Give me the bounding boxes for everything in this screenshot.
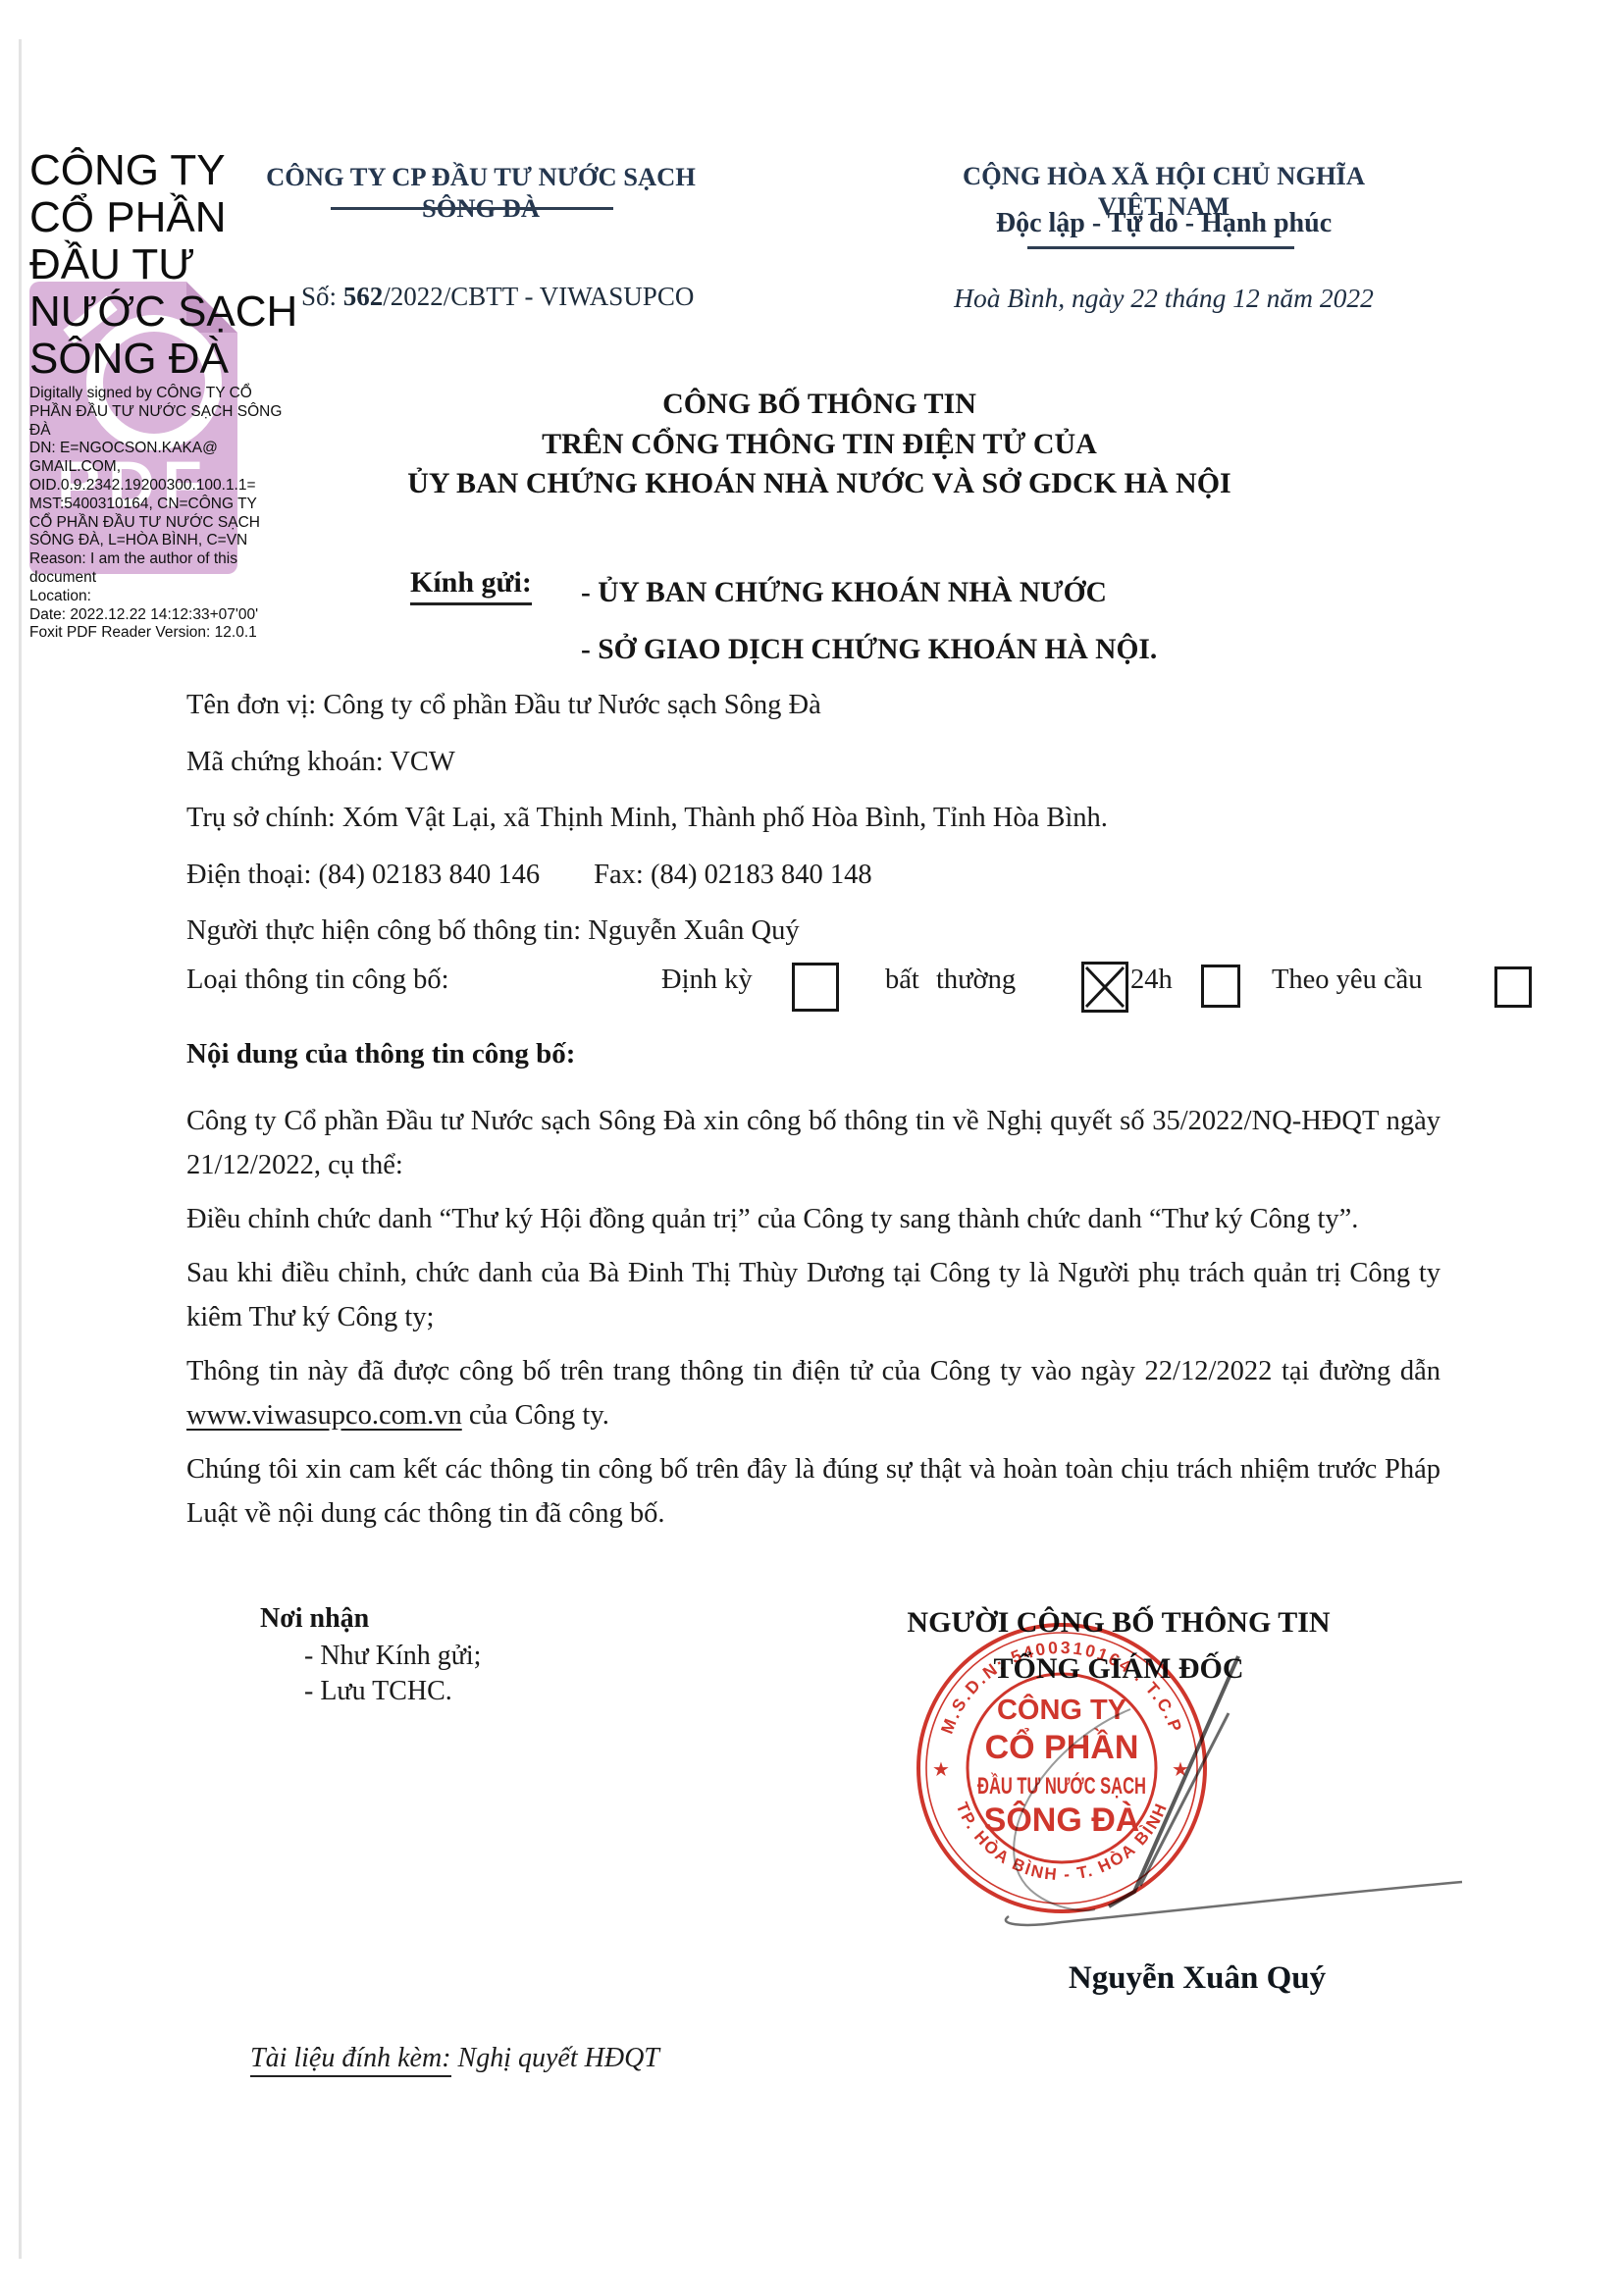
info-ticker: Mã chứng khoán: VCW bbox=[186, 734, 1452, 791]
checkbox-theo-yeu-cau bbox=[1494, 966, 1532, 1008]
paragraph-4-tail: của Công ty. bbox=[462, 1400, 609, 1431]
doc-no-number: 562 bbox=[343, 282, 384, 311]
signature-down-stroke bbox=[1109, 1656, 1238, 1906]
title-line-1: CÔNG BỐ THÔNG TIN bbox=[196, 385, 1442, 425]
paragraph-3: Sau khi điều chỉnh, chức danh của Bà Đin… bbox=[186, 1251, 1440, 1339]
handwritten-signature bbox=[883, 1619, 1492, 1933]
checkbox-x-mark bbox=[1084, 965, 1126, 1010]
attachment-label: Tài liệu đính kèm: bbox=[250, 2043, 451, 2077]
signer-org-line: CỔ PHẦN bbox=[29, 194, 334, 241]
company-website-link[interactable]: www.viwasupco.com.vn bbox=[186, 1400, 462, 1431]
recipient-line-1: - ỦY BAN CHỨNG KHOÁN NHÀ NƯỚC bbox=[581, 564, 1157, 621]
info-phone: Điện thoại: (84) 02183 840 146 bbox=[186, 860, 540, 890]
disclosure-type-label: Loại thông tin công bố: bbox=[186, 965, 449, 996]
recipients-footer-label: Nơi nhận bbox=[260, 1603, 369, 1635]
signature-detail-line: SÔNG ĐÀ, L=HÒA BÌNH, C=VN bbox=[29, 532, 292, 550]
signature-loop-stroke bbox=[1014, 1709, 1130, 1910]
company-info: Tên đơn vị: Công ty cổ phần Đầu tư Nước … bbox=[186, 677, 1452, 960]
attachment-note: Tài liệu đính kèm: Nghị quyết HĐQT bbox=[250, 2043, 659, 2074]
info-company-name: Tên đơn vị: Công ty cổ phần Đầu tư Nước … bbox=[186, 677, 1452, 734]
signature-underline-stroke bbox=[1006, 1882, 1462, 1925]
signer-org-line: CÔNG TY bbox=[29, 147, 334, 194]
national-motto: Độc lập - Tự do - Hạnh phúc bbox=[932, 208, 1395, 239]
signature-detail-line: MST:5400310164, CN=CÔNG TY bbox=[29, 496, 292, 514]
place-and-date: Hoà Bình, ngày 22 tháng 12 năm 2022 bbox=[932, 283, 1395, 314]
signer-org-line: ĐẦU TƯ bbox=[29, 241, 334, 288]
signature-detail-line: Reason: I am the author of this bbox=[29, 550, 292, 569]
paragraph-2: Điều chỉnh chức danh “Thư ký Hội đồng qu… bbox=[186, 1197, 1440, 1241]
signature-detail-line: DN: E=NGOCSON.KAKA@ bbox=[29, 440, 292, 458]
option-label-dinh-ky: Định kỳ bbox=[661, 965, 753, 996]
signature-detail-line: OID.0.9.2342.19200300.100.1.1= bbox=[29, 477, 292, 496]
option-label-theo-yeu-cau: Theo yêu cầu bbox=[1272, 965, 1423, 996]
doc-no-suffix: /2022/CBTT - VIWASUPCO bbox=[383, 282, 694, 311]
signature-detail-line: PHẦN ĐẦU TƯ NƯỚC SẠCH SÔNG bbox=[29, 403, 292, 422]
checkbox-24h bbox=[1201, 965, 1240, 1008]
signature-down-stroke-2 bbox=[1140, 1713, 1229, 1886]
option-label-24h: 24h bbox=[1130, 965, 1173, 996]
paragraph-1: Công ty Cổ phần Đầu tư Nước sạch Sông Đà… bbox=[186, 1099, 1440, 1187]
document-page: PDF CÔNG TY CỔ PHẦN ĐẦU TƯ NƯỚC SẠCH SÔN… bbox=[0, 0, 1623, 2296]
signer-name: Nguyễn Xuân Quý bbox=[952, 1960, 1442, 1997]
content-paragraphs: Công ty Cổ phần Đầu tư Nước sạch Sông Đà… bbox=[186, 1099, 1440, 1545]
title-line-2: TRÊN CỔNG THÔNG TIN ĐIỆN TỬ CỦA bbox=[196, 425, 1442, 465]
noi-nhan-line-2: - Lưu TCHC. bbox=[304, 1674, 481, 1709]
digital-signature-details: Digitally signed by CÔNG TY CỔ PHẦN ĐẦU … bbox=[29, 385, 292, 643]
content-heading: Nội dung của thông tin công bố: bbox=[186, 1038, 575, 1070]
recipient-line-2: - SỞ GIAO DỊCH CHỨNG KHOÁN HÀ NỘI. bbox=[581, 621, 1157, 678]
signer-org-line: NƯỚC SẠCH bbox=[29, 288, 334, 336]
motto-underline bbox=[1027, 246, 1294, 249]
signature-detail-line: Foxit PDF Reader Version: 12.0.1 bbox=[29, 624, 292, 643]
signature-detail-line: document bbox=[29, 569, 292, 588]
paragraph-5: Chúng tôi xin cam kết các thông tin công… bbox=[186, 1447, 1440, 1536]
option-label-bat-thuong: bất thường bbox=[885, 965, 1016, 996]
recipients-label: Kính gửi: bbox=[410, 566, 532, 605]
info-head-office: Trụ sở chính: Xóm Vật Lại, xã Thịnh Minh… bbox=[186, 790, 1452, 847]
title-line-3: ỦY BAN CHỨNG KHOÁN NHÀ NƯỚC VÀ SỞ GDCK H… bbox=[196, 464, 1442, 504]
signer-org-line: SÔNG ĐÀ bbox=[29, 336, 334, 383]
attachment-value: Nghị quyết HĐQT bbox=[451, 2043, 659, 2073]
paragraph-4-text: Thông tin này đã được công bố trên trang… bbox=[186, 1356, 1440, 1386]
checkbox-bat-thuong-checked bbox=[1081, 962, 1128, 1013]
scan-artifact-line bbox=[19, 39, 22, 2259]
signature-detail-line: Date: 2022.12.22 14:12:33+07'00' bbox=[29, 606, 292, 625]
noi-nhan-line-1: - Như Kính gửi; bbox=[304, 1639, 481, 1674]
digital-signature-field[interactable]: CÔNG TY CỔ PHẦN ĐẦU TƯ NƯỚC SẠCH SÔNG ĐÀ bbox=[29, 147, 334, 383]
checkbox-dinh-ky bbox=[792, 963, 839, 1012]
signature-detail-line: GMAIL.COM, bbox=[29, 458, 292, 477]
signature-detail-line: CỔ PHẦN ĐẦU TƯ NƯỚC SẠCH bbox=[29, 514, 292, 533]
recipients-list: - ỦY BAN CHỨNG KHOÁN NHÀ NƯỚC - SỞ GIAO … bbox=[581, 564, 1157, 678]
signature-detail-line: Location: bbox=[29, 588, 292, 606]
paragraph-4: Thông tin này đã được công bố trên trang… bbox=[186, 1349, 1440, 1437]
signature-detail-line: ĐÀ bbox=[29, 422, 292, 441]
info-phone-fax: Điện thoại: (84) 02183 840 146Fax: (84) … bbox=[186, 847, 1452, 904]
document-title: CÔNG BỐ THÔNG TIN TRÊN CỔNG THÔNG TIN ĐI… bbox=[196, 385, 1442, 504]
issuer-org-underline bbox=[331, 207, 613, 210]
signature-detail-line: Digitally signed by CÔNG TY CỔ bbox=[29, 385, 292, 403]
info-discloser: Người thực hiện công bố thông tin: Nguyễ… bbox=[186, 903, 1452, 960]
info-fax: Fax: (84) 02183 840 148 bbox=[594, 860, 871, 890]
recipients-footer-list: - Như Kính gửi; - Lưu TCHC. bbox=[304, 1639, 481, 1709]
document-number: Số: 562/2022/CBTT - VIWASUPCO bbox=[301, 282, 694, 312]
